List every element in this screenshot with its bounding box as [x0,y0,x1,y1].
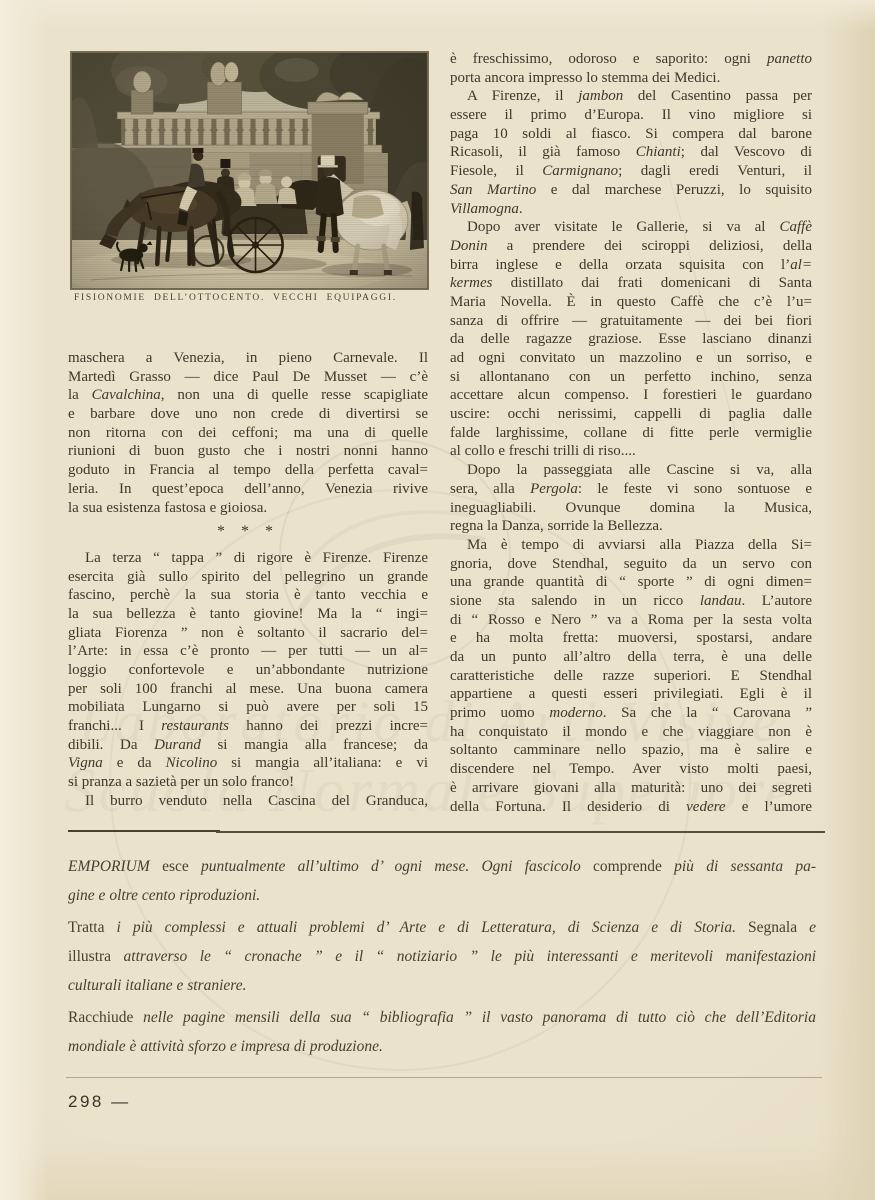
paragraph: A Firenze, il jambon del Casentino passa… [450,87,812,218]
text-line: una grande quantità di “ sporte ” di ogn… [450,573,812,592]
text-line: gine e oltre cento riproduzioni. [68,881,816,910]
text-line: è freschissimo, odoroso e saporito: ogni… [450,50,812,69]
text-line: caratteristiche delle razze superiori. E… [450,667,812,686]
text-line: mobiliata Lungarno si può avere per soli… [68,698,428,717]
text-line: e ha molta fretta: muoversi, spostarsi, … [450,629,812,648]
text-line: leria. In quest’epoca dell’anno, Venezia… [68,480,428,499]
text-line: porta ancora impresso lo stemma dei Medi… [450,69,812,88]
text-line: della Fortuna. Il desiderio di vedere e … [450,798,812,817]
text-line: Fiesole, il Carmignano; dagli eredi Vent… [450,162,812,181]
section-separator: * * * [68,523,428,542]
text-line: Tratta i più complessi e attuali problem… [68,913,816,942]
text-line: Dopo la passeggiata alle Cascine si va, … [450,461,812,480]
publisher-note: EMPORIUM esce puntualmente all’ultimo d’… [68,852,816,1064]
text-line: appartiene a questi esseri privilegiati.… [450,685,812,704]
text-line: ineguagliabili. Ovunque domina la Musica… [450,499,812,518]
text-line: sera, alla Pergola: le feste vi sono son… [450,480,812,499]
footer-rule [66,1077,822,1078]
paragraph: è freschissimo, odoroso e saporito: ogni… [450,50,812,87]
text-line: Dopo aver visitate le Gallerie, si va al… [450,218,812,237]
text-line: sanza di offrire — gratuitamente — dei b… [450,312,812,331]
text-line: Vigna e da Nicolino si mangia all’italia… [68,754,428,773]
text-line: non ritorna con dei ceffoni; ma una di q… [68,424,428,443]
text-line: San Martino e dal marchese Peruzzi, lo s… [450,181,812,200]
paragraph: Tratta i più complessi e attuali problem… [68,913,816,1000]
text-line: falde larghissime, collane di fitte perl… [450,424,812,443]
text-line: soltanto camminare nello spazio, ma è sa… [450,741,812,760]
text-line: EMPORIUM esce puntualmente all’ultimo d’… [68,852,816,881]
text-line: si allontanano con un perfetto inchino, … [450,368,812,387]
text-line: per soli 100 franchi al mese. Una buona … [68,680,428,699]
text-line: la sua bellezza è tanto giovine! Ma la “… [68,605,428,624]
text-line: dibili. Da Durand si mangia alla frances… [68,736,428,755]
paragraph: maschera a Venezia, in pieno Carnevale. … [68,349,428,517]
text-column-right: è freschissimo, odoroso e saporito: ogni… [450,50,812,816]
illustration-plate [71,52,428,289]
paragraph: Il burro venduto nella Cascina del Grand… [68,792,428,811]
text-line: essere il primo d’Europa. Il vino miglio… [450,106,812,125]
text-line: Ricasoli, il già famoso Chianti; dal Ves… [450,143,812,162]
text-line: si pranza a sazietà per un solo franco! [68,773,428,792]
text-line: Villamogna. [450,200,812,219]
paragraph: La terza “ tappa ” di rigore è Firenze. … [68,549,428,792]
text-line: gnoria, dove Stendhal, seguito da un ser… [450,555,812,574]
text-line: ha conquistato il mondo e che viaggiare … [450,723,812,742]
text-line: Martedì Grasso — dice Paul De Musset — c… [68,368,428,387]
text-line: e barbare dove uno non crede di divertir… [68,405,428,424]
page-number: 298 — [68,1092,131,1112]
text-line: Il burro venduto nella Cascina del Grand… [68,792,428,811]
text-line: uscire: occhi nerissimi, cappelli di pag… [450,405,812,424]
text-line: accettare alcun compenso. I forestieri l… [450,386,812,405]
paragraph: Dopo la passeggiata alle Cascine si va, … [450,461,812,536]
text-line: franchi... I restaurants hanno dei prezz… [68,717,428,736]
text-line: ad ogni convitato un mazzolino e un sorr… [450,349,812,368]
text-line: mondiale è attività sforzo e impresa di … [68,1032,816,1061]
text-line: discendere nel Tempo. Aver visto molti p… [450,760,812,779]
divider-segment-right [216,831,825,833]
text-line: birra inglese e della orzata squisita co… [450,256,812,275]
text-line: di “ Rosso e Nero ” va a Roma per la ses… [450,611,812,630]
book-page: Laboratorio di Arti Visive Scuola Normal… [0,0,875,1200]
text-line: esercita già sullo spirito del pellegrin… [68,568,428,587]
text-column-left: maschera a Venezia, in pieno Carnevale. … [68,349,428,811]
text-line: gliata Fiorenza ” non è soltanto il sacr… [68,624,428,643]
paragraph: Dopo aver visitate le Gallerie, si va al… [450,218,812,461]
paragraph: Racchiude nelle pagine mensili della sua… [68,1003,816,1061]
plate-caption: FISIONOMIE DELL’OTTOCENTO. VECCHI EQUIPA… [74,293,430,303]
text-line: goduto in Francia al tempo della perfett… [68,461,428,480]
text-line: Maria Novella. È in questo Caffè che c’è… [450,293,812,312]
text-line: Ma è tempo di avviarsi alla Piazza della… [450,536,812,555]
text-line: da un punto all’altro della terra, è una… [450,648,812,667]
text-line: la sua esistenza fastosa e gioiosa. [68,499,428,518]
text-line: da delle ragazze graziose. Esse lasciano… [450,330,812,349]
text-line: paga 10 soldi al fiasco. Si compera dal … [450,125,812,144]
section-divider-rule [68,830,825,834]
text-line: è arrivare giovani alla maturità: uno de… [450,779,812,798]
divider-segment-left [68,830,220,832]
text-line: Donin a prendere dei sciroppi deliziosi,… [450,237,812,256]
text-line: regna la Danza, sorride la Bellezza. [450,517,812,536]
text-line: kermes distillato dai frati domenicani d… [450,274,812,293]
text-line: maschera a Venezia, in pieno Carnevale. … [68,349,428,368]
text-line: la Cavalchina, non una di quelle resse s… [68,386,428,405]
text-line: riunioni di buon gusto che i nostri nonn… [68,442,428,461]
text-line: loggio confortevole e un’abbondante nutr… [68,661,428,680]
text-line: fascino, perchè la sua storia è tanto ve… [68,586,428,605]
text-line: al collo e freschi trilli di riso.... [450,442,812,461]
text-line: Racchiude nelle pagine mensili della sua… [68,1003,816,1032]
text-line: A Firenze, il jambon del Casentino passa… [450,87,812,106]
text-line: La terza “ tappa ” di rigore è Firenze. … [68,549,428,568]
text-line: primo uomo moderno. Sa che la “ Carovana… [450,704,812,723]
text-line: culturali italiane e straniere. [68,971,816,1000]
text-line: illustra attraverso le “ cronache ” e il… [68,942,816,971]
text-line: sione sta salendo in un ricco landau. L’… [450,592,812,611]
paragraph: EMPORIUM esce puntualmente all’ultimo d’… [68,852,816,910]
text-line: l’Arte: in essa c’è pronto — per tutti —… [68,642,428,661]
paragraph: Ma è tempo di avviarsi alla Piazza della… [450,536,812,816]
engraving-carriage-scene [71,52,428,289]
